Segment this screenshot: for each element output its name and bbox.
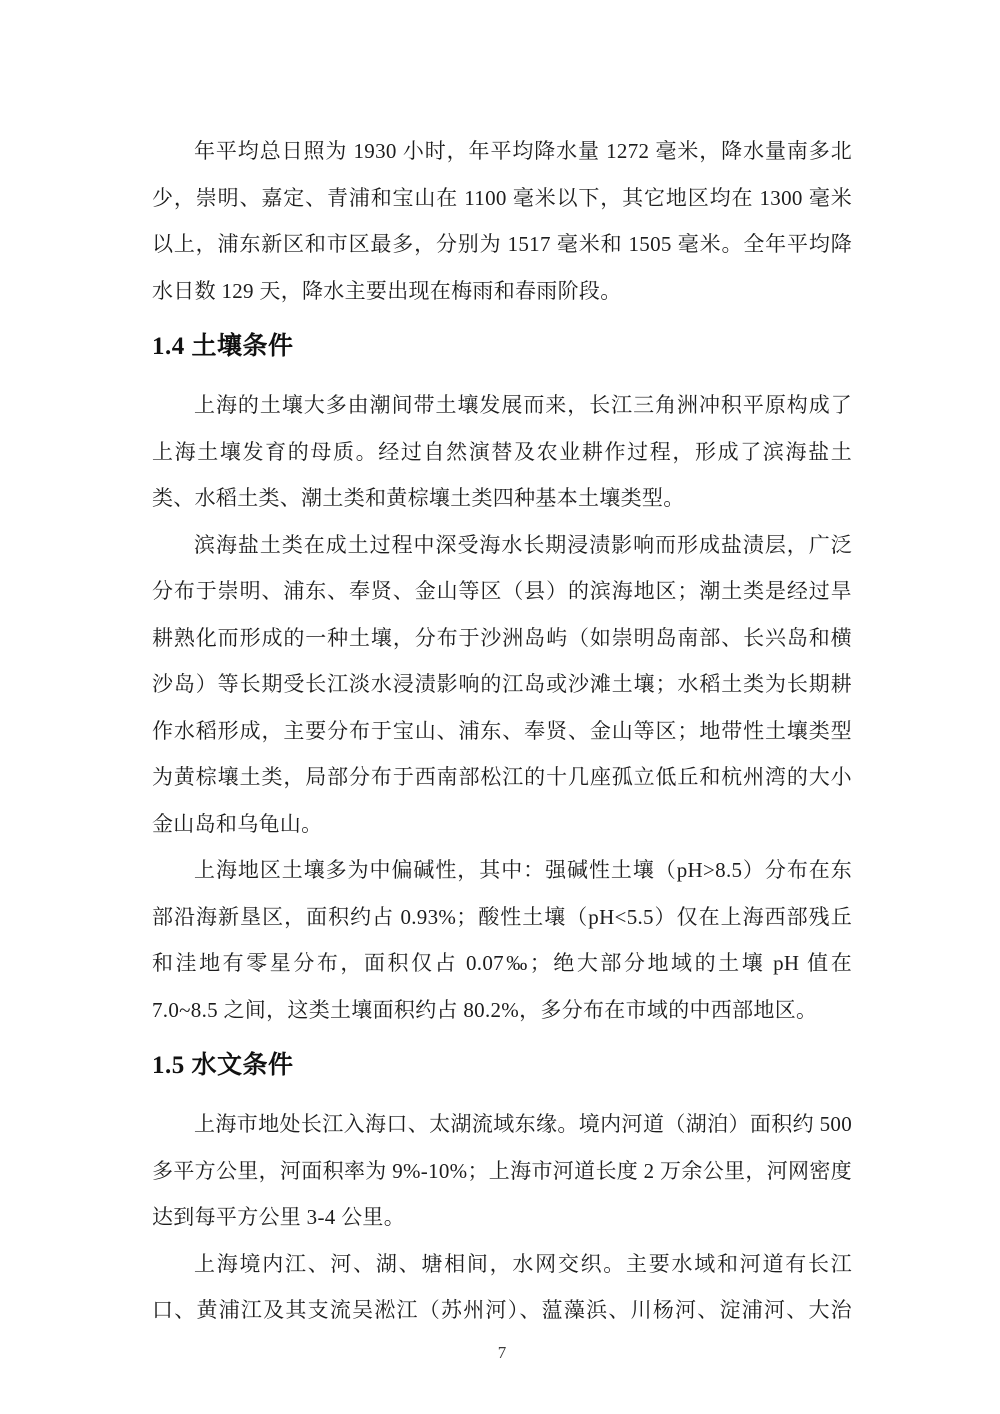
paragraph-hydrology-rivers: 上海境内江、河、湖、塘相间，水网交织。主要水域和河道有长江口、黄浦江及其支流吴淞… <box>152 1241 852 1334</box>
page-number: 7 <box>152 1342 852 1364</box>
paragraph-hydrology-intro: 上海市地处长江入海口、太湖流域东缘。境内河道（湖泊）面积约 500 多平方公里，… <box>152 1101 852 1241</box>
paragraph-soil-intro: 上海的土壤大多由潮间带土壤发展而来，长江三角洲冲积平原构成了上海土壤发育的母质。… <box>152 382 852 522</box>
paragraph-soil-distribution: 滨海盐土类在成土过程中深受海水长期浸渍影响而形成盐渍层，广泛分布于崇明、浦东、奉… <box>152 522 852 848</box>
section-heading-soil: 1.4 土壤条件 <box>152 328 852 366</box>
paragraph-climate: 年平均总日照为 1930 小时，年平均降水量 1272 毫米，降水量南多北少，崇… <box>152 128 852 314</box>
paragraph-soil-ph: 上海地区土壤多为中偏碱性，其中：强碱性土壤（pH>8.5）分布在东部沿海新垦区，… <box>152 847 852 1033</box>
section-heading-hydrology: 1.5 水文条件 <box>152 1047 852 1085</box>
document-viewport: { "document": { "page_number": "7", "hea… <box>0 0 1000 1414</box>
document-page: 年平均总日照为 1930 小时，年平均降水量 1272 毫米，降水量南多北少，崇… <box>0 0 1000 1414</box>
